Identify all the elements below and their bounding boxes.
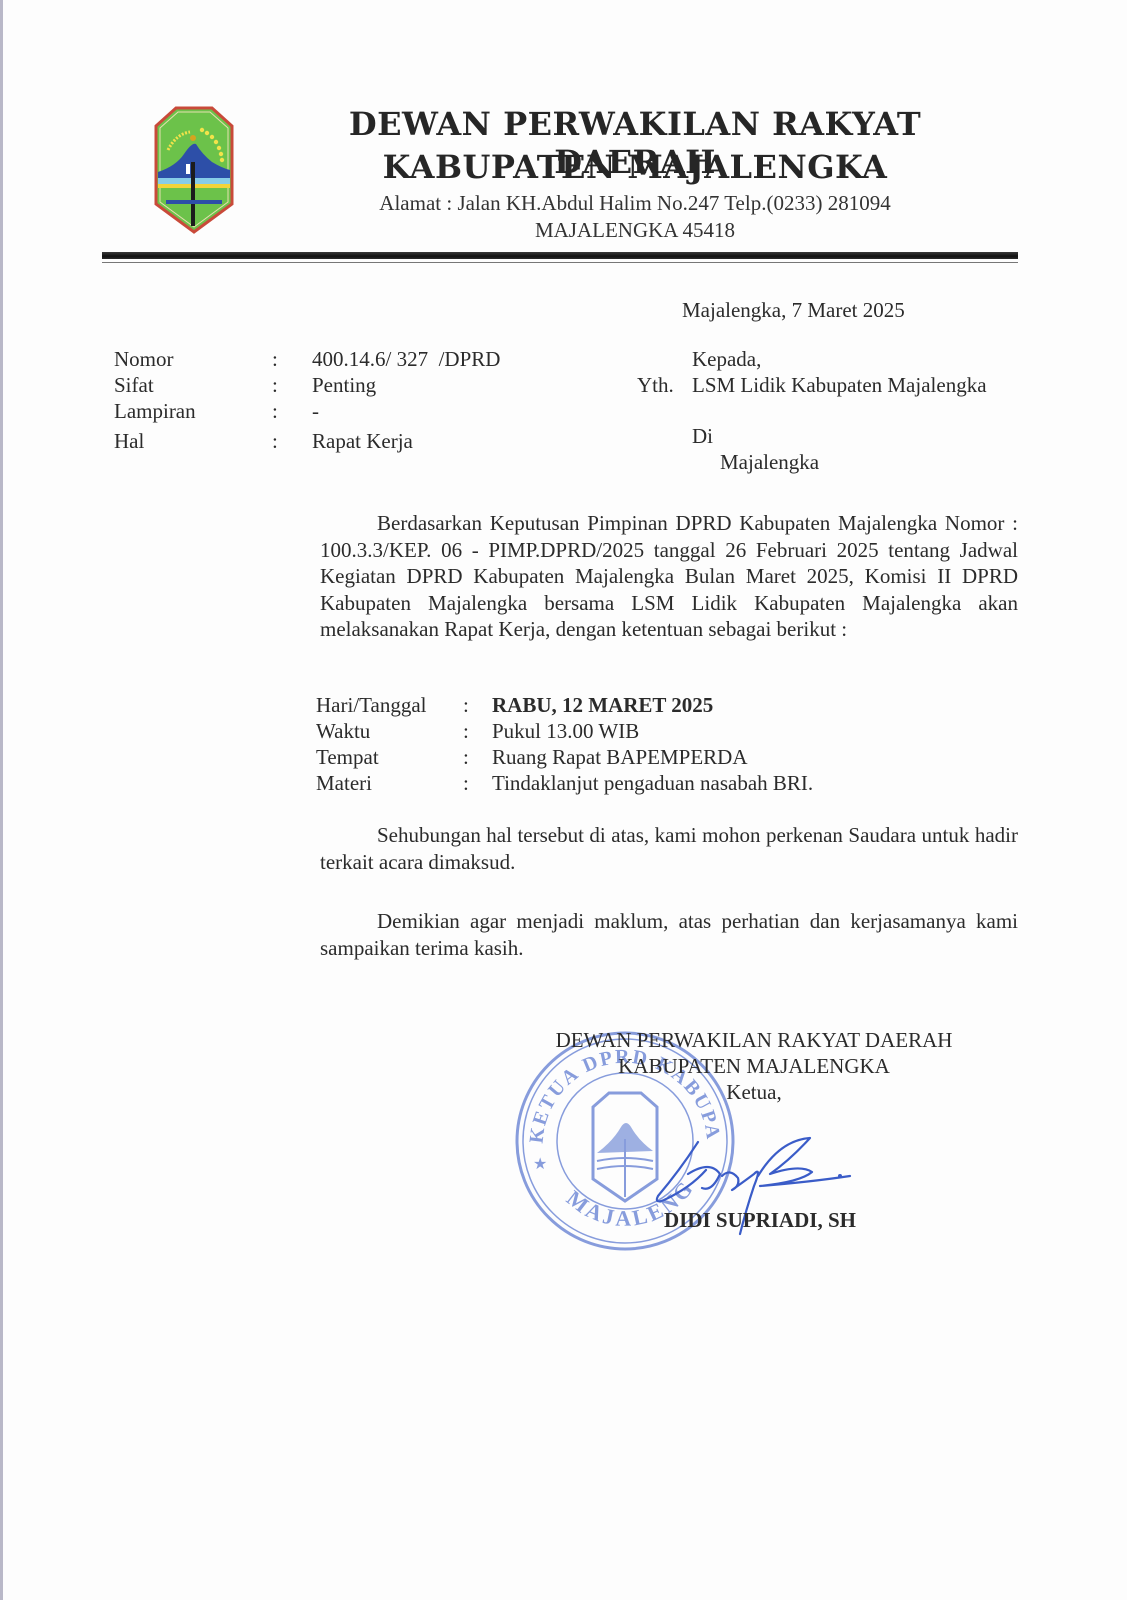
institution-city-postcode: MAJALENGKA 45418 xyxy=(270,218,1000,243)
meta-label-hal: Hal xyxy=(114,428,144,454)
institution-name-line2: KABUPATEN MAJALENGKA xyxy=(270,148,1000,186)
meta-colon: : xyxy=(272,346,278,372)
detail-value-place: Ruang Rapat BAPEMPERDA xyxy=(492,744,748,770)
recipient-prefix: Yth. xyxy=(637,372,674,398)
detail-colon: : xyxy=(463,770,469,796)
recipient-city: Majalengka xyxy=(720,449,819,475)
detail-colon: : xyxy=(463,692,469,718)
meta-value-hal: Rapat Kerja xyxy=(312,428,413,454)
meta-colon: : xyxy=(272,372,278,398)
meta-value-lampiran: - xyxy=(312,398,319,424)
detail-label-topic: Materi xyxy=(316,770,372,796)
recipient-di: Di xyxy=(692,423,713,449)
detail-label-place: Tempat xyxy=(316,744,379,770)
detail-label-time: Waktu xyxy=(316,718,370,744)
detail-label-date: Hari/Tanggal xyxy=(316,692,427,718)
place-date: Majalengka, 7 Maret 2025 xyxy=(682,297,905,323)
detail-colon: : xyxy=(463,744,469,770)
detail-value-topic: Tindaklanjut pengaduan nasabah BRI. xyxy=(492,770,813,796)
meta-value-sifat: Penting xyxy=(312,372,376,398)
meta-label-nomor: Nomor xyxy=(114,346,174,372)
detail-value-time: Pukul 13.00 WIB xyxy=(492,718,639,744)
scan-edge xyxy=(0,0,3,1600)
signatory-name: DIDI SUPRIADI, SH xyxy=(664,1207,856,1233)
meta-value-nomor: 400.14.6/ 327 /DPRD xyxy=(312,346,500,372)
regency-emblem-logo xyxy=(146,104,242,236)
signature-position: Ketua, xyxy=(538,1079,970,1105)
recipient-kepada: Kepada, xyxy=(692,346,761,372)
meta-label-sifat: Sifat xyxy=(114,372,154,398)
body-request-paragraph: Sehubungan hal tersebut di atas, kami mo… xyxy=(320,822,1018,875)
body-closing-paragraph: Demikian agar menjadi maklum, atas perha… xyxy=(320,908,1018,961)
signature-institution-line1: DEWAN PERWAKILAN RAKYAT DAERAH xyxy=(538,1027,970,1053)
letterhead-divider-thick xyxy=(102,252,1018,259)
letterhead-divider-thin xyxy=(102,262,1018,263)
signature-institution-line2: KABUPATEN MAJALENGKA xyxy=(538,1053,970,1079)
meta-colon: : xyxy=(272,428,278,454)
meta-label-lampiran: Lampiran xyxy=(114,398,196,424)
recipient-name: LSM Lidik Kabupaten Majalengka xyxy=(692,372,987,398)
detail-value-date: RABU, 12 MARET 2025 xyxy=(492,692,713,718)
svg-text:★: ★ xyxy=(533,1156,547,1173)
institution-address: Alamat : Jalan KH.Abdul Halim No.247 Tel… xyxy=(270,191,1000,216)
meta-colon: : xyxy=(272,398,278,424)
detail-colon: : xyxy=(463,718,469,744)
body-opening-paragraph: Berdasarkan Keputusan Pimpinan DPRD Kabu… xyxy=(320,510,1018,643)
